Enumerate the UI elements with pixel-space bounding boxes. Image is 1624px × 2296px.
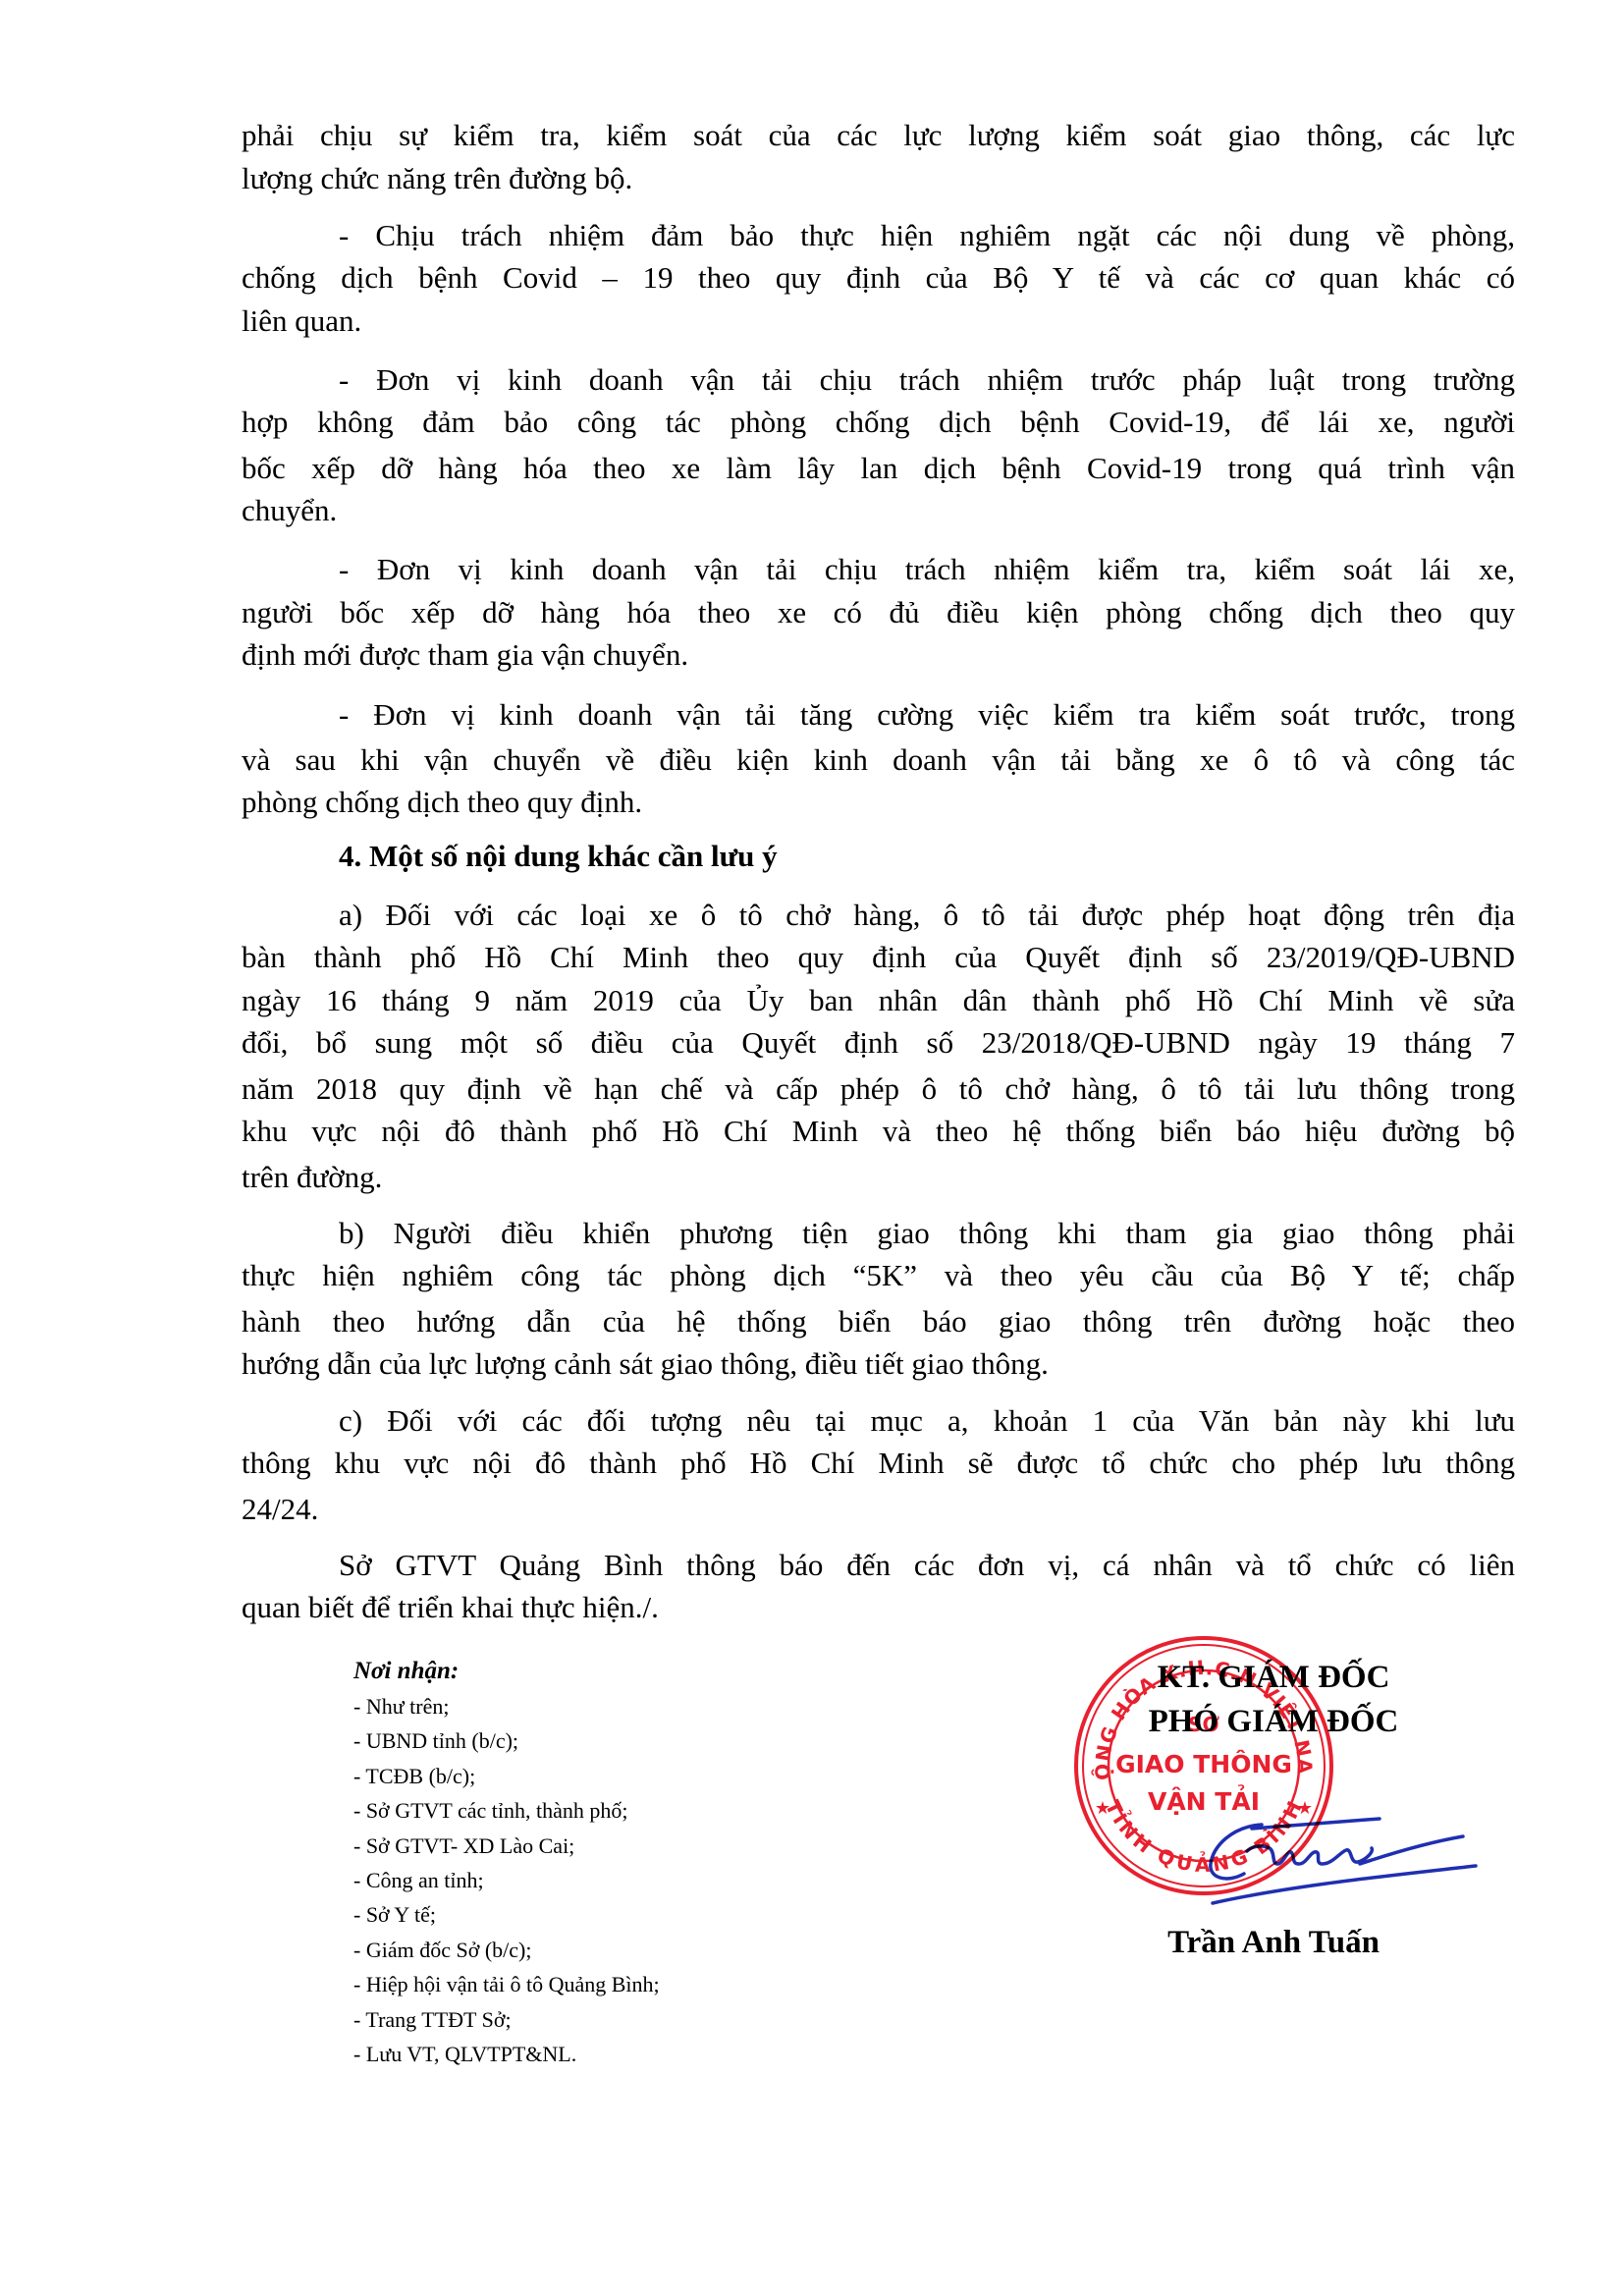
body-text-line: - Đơn vị kinh doanh vận tải tăng cường v…	[339, 697, 1515, 733]
body-text-line: chuyển.	[242, 493, 1515, 528]
body-text-line: hành theo hướng dẫn của hệ thống biển bá…	[242, 1304, 1515, 1339]
body-text-line: năm 2018 quy định về hạn chế và cấp phép…	[242, 1071, 1515, 1107]
section-heading: 4. Một số nội dung khác cần lưu ý	[339, 839, 778, 874]
body-text-line: phải chịu sự kiểm tra, kiểm soát của các…	[242, 118, 1515, 153]
body-text-line: ngày 16 tháng 9 năm 2019 của Ủy ban nhân…	[242, 983, 1515, 1018]
body-text-line: lượng chức năng trên đường bộ.	[242, 161, 1515, 196]
signer-name: Trần Anh Tuấn	[1077, 1923, 1470, 1962]
body-text-line: 24/24.	[242, 1492, 1515, 1527]
body-text-line: c) Đối với các đối tượng nêu tại mục a, …	[339, 1403, 1515, 1439]
recipients-title: Nơi nhận:	[353, 1654, 660, 1689]
body-text-line: a) Đối với các loại xe ô tô chở hàng, ô …	[339, 898, 1515, 933]
body-text-line: và sau khi vận chuyển về điều kiện kinh …	[242, 742, 1515, 778]
body-text-line: người bốc xếp dỡ hàng hóa theo xe có đủ …	[242, 595, 1515, 630]
body-text-line: quan biết để triển khai thực hiện./.	[242, 1590, 1515, 1625]
body-text-line: chống dịch bệnh Covid – 19 theo quy định…	[242, 260, 1515, 296]
body-text-line: phòng chống dịch theo quy định.	[242, 785, 1515, 820]
recipient-item: - UBND tỉnh (b/c);	[353, 1723, 660, 1758]
recipient-item: - Lưu VT, QLVTPT&NL.	[353, 2037, 660, 2071]
recipient-item: - TCĐB (b/c);	[353, 1759, 660, 1793]
recipient-item: - Hiệp hội vận tải ô tô Quảng Bình;	[353, 1967, 660, 2001]
svg-text:GIAO THÔNG: GIAO THÔNG	[1115, 1749, 1292, 1778]
body-text-line: Sở GTVT Quảng Bình thông báo đến các đơn…	[339, 1548, 1515, 1583]
body-text-line: thực hiện nghiêm công tác phòng dịch “5K…	[242, 1258, 1515, 1293]
body-text-line: đổi, bổ sung một số điều của Quyết định …	[242, 1025, 1515, 1061]
body-text-line: b) Người điều khiển phương tiện giao thô…	[339, 1216, 1515, 1251]
recipient-item: - Sở GTVT- XD Lào Cai;	[353, 1829, 660, 1863]
recipient-item: - Như trên;	[353, 1689, 660, 1723]
body-text-line: khu vực nội đô thành phố Hồ Chí Minh và …	[242, 1114, 1515, 1149]
body-text-line: hướng dẫn của lực lượng cảnh sát giao th…	[242, 1346, 1515, 1382]
body-text-line: - Đơn vị kinh doanh vận tải chịu trách n…	[339, 552, 1515, 587]
body-text-line: - Chịu trách nhiệm đảm bảo thực hiện ngh…	[339, 218, 1515, 253]
recipient-item: - Trang TTĐT Sở;	[353, 2002, 660, 2037]
body-text-line: bốc xếp dỡ hàng hóa theo xe làm lây lan …	[242, 451, 1515, 486]
body-text-line: trên đường.	[242, 1160, 1515, 1195]
body-text-line: - Đơn vị kinh doanh vận tải chịu trách n…	[339, 362, 1515, 398]
svg-text:SỞ: SỞ	[1188, 1712, 1219, 1736]
body-text-line: bàn thành phố Hồ Chí Minh theo quy định …	[242, 940, 1515, 975]
body-text-line: hợp không đảm bảo công tác phòng chống d…	[242, 405, 1515, 440]
recipient-item: - Sở GTVT các tỉnh, thành phố;	[353, 1793, 660, 1828]
body-text-line: liên quan.	[242, 303, 1515, 339]
recipient-item: - Giám đốc Sở (b/c);	[353, 1933, 660, 1967]
handwritten-signature	[1193, 1807, 1478, 1905]
body-text-line: định mới được tham gia vận chuyển.	[242, 637, 1515, 673]
document-page: phải chịu sự kiểm tra, kiểm soát của các…	[0, 0, 1624, 2296]
recipient-item: - Sở Y tế;	[353, 1897, 660, 1932]
body-text-line: thông khu vực nội đô thành phố Hồ Chí Mi…	[242, 1446, 1515, 1481]
recipient-item: - Công an tỉnh;	[353, 1863, 660, 1897]
svg-text:★: ★	[1095, 1798, 1110, 1819]
recipients-list: Nơi nhận: - Như trên; - UBND tỉnh (b/c);…	[353, 1654, 660, 2071]
